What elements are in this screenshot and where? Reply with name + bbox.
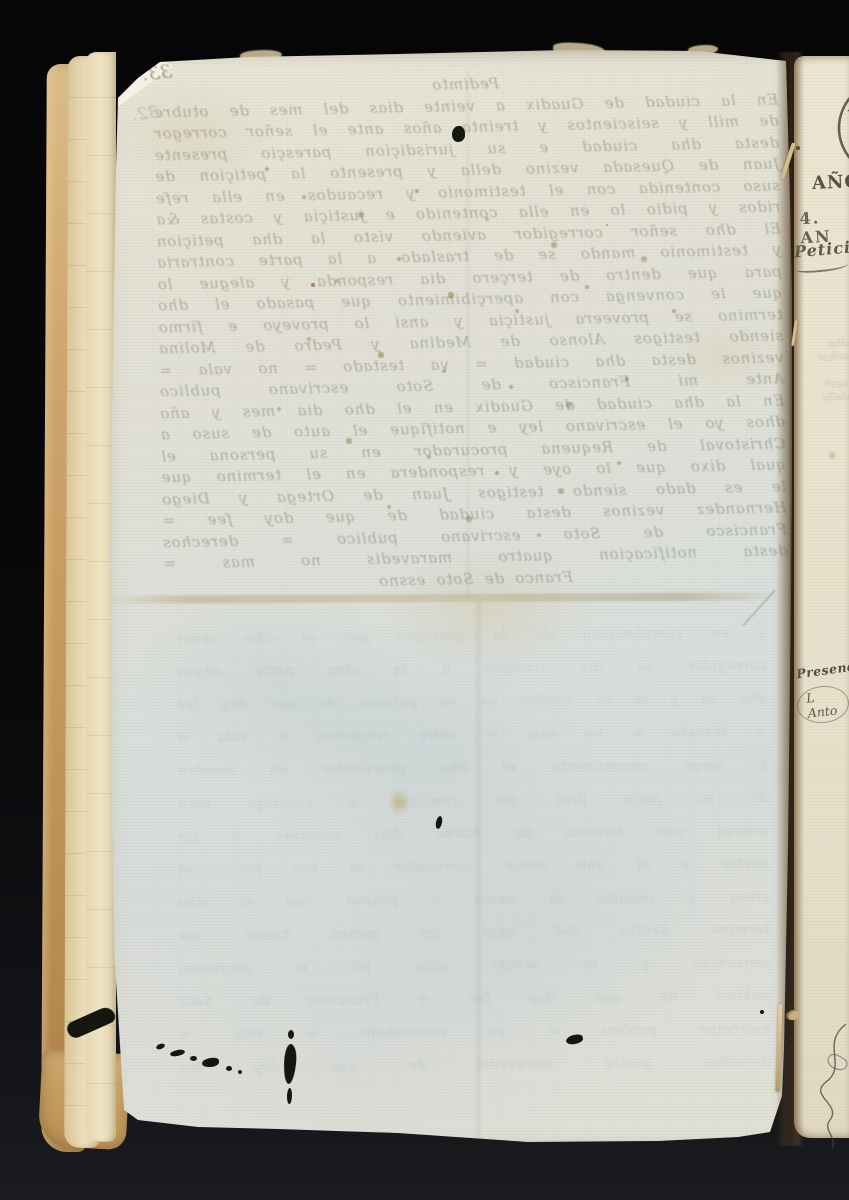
vertical-fold-crease-upper bbox=[466, 70, 470, 598]
binding-gutter-line bbox=[790, 56, 792, 1142]
bleedthrough-text-upper: PedimtoEn la ciudad de Guadix a veinte d… bbox=[153, 68, 789, 599]
bleedthrough-text-lower: y en cumplimiento de lo proveydo por el … bbox=[176, 617, 771, 1091]
sliver-bleed-snippet: vezº della bbox=[799, 377, 849, 406]
ink-blot-icon bbox=[452, 126, 465, 142]
manuscript-scan-stage: 33. 32. PedimtoEn la ciudad de Guadix a … bbox=[0, 0, 849, 1200]
vertical-fold-crease-lower bbox=[476, 602, 481, 1138]
year-label: AÑO bbox=[812, 171, 849, 194]
ink-speck-icon bbox=[760, 1010, 764, 1014]
ink-drip-icon bbox=[288, 1030, 294, 1039]
red-ink-specks bbox=[98, 48, 100, 50]
ink-spatter-icon bbox=[238, 1070, 242, 1074]
rubric-flourish-icon bbox=[812, 1018, 849, 1158]
ink-spatter-icon bbox=[190, 1056, 197, 1061]
small-stain bbox=[828, 450, 837, 461]
binding-thread-tip bbox=[796, 146, 800, 150]
ink-spatter-icon bbox=[226, 1066, 232, 1071]
